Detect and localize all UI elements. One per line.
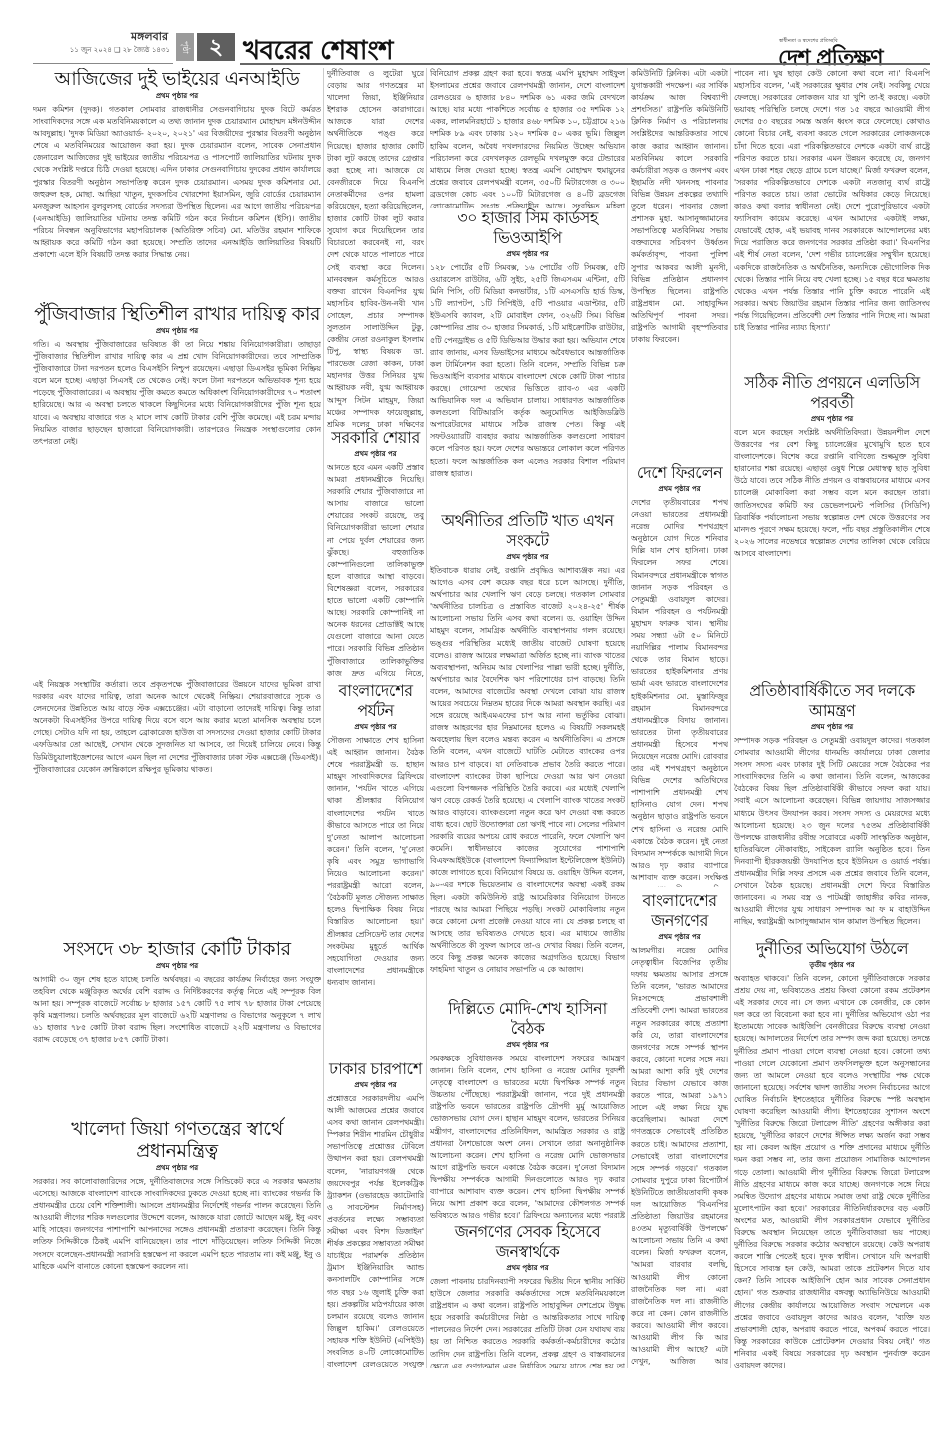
masthead: মঙ্গলবার ১১ জুন ২০২৪ ❑ ২৮ জ্যৈষ্ঠ ১৪৩১ প…	[0, 0, 945, 58]
article-stock-market: পুঁজিবাজার স্থিতিশীল রাখার দায়িত্ব কার …	[33, 303, 321, 934]
article-body: সৌজন্য সাক্ষাতে শেখ হাসিনা এই আহ্বান জান…	[327, 735, 424, 1055]
page-number: ২	[197, 33, 235, 61]
headline: সরকারি শেয়ার	[327, 428, 424, 448]
article-body-continued: এই নিয়ন্ত্রক সংস্থাটির কর্তারা। তবে প্র…	[33, 679, 321, 934]
article-body: ইতিবাচক ধারায় নেই, রপ্তানি প্রবৃদ্ধিও আ…	[430, 565, 625, 995]
column-divider	[730, 68, 731, 1368]
column-e: পাবেন না। ঘুষ ছাড়া কেউ কোনো কথা বলে না।…	[734, 68, 930, 1368]
article-body-community-clinic: কমিউনিটি ক্লিনিক। এটা একটা যুগান্তকারী প…	[631, 68, 728, 463]
column-divider	[323, 68, 324, 1368]
article-body: আলমগীর। নরেন্দ্র মোদির নেতৃত্বাধীন বিজেপ…	[631, 945, 728, 1368]
masthead-date: ১১ জুন ২০২৪ ❑ ২৮ জ্যৈষ্ঠ ১৪৩১	[60, 44, 170, 56]
column-divider	[627, 68, 628, 1368]
article-body: প্রশ্নোত্তরে সরকারদলীয় এমপি আলী আজমের প…	[327, 1093, 424, 1368]
article-govt-shares: সরকারি শেয়ার প্রথম পৃষ্ঠার পর আনতে হবে …	[327, 428, 424, 677]
headline: বাংলাদেশের জনগণের	[631, 891, 728, 931]
column-a: আজিজের দুই ভাইয়ের এনআইডি প্রথম পৃষ্ঠার …	[33, 68, 321, 1368]
article-ldc-graduation: সঠিক নীতি প্রণয়নে এলডিসি পরবর্তী প্রথম …	[734, 373, 930, 677]
headline: দুর্নীতির অভিযোগ উঠলে	[734, 939, 930, 959]
header-rule-left	[33, 63, 173, 64]
continued-label: প্রথম পৃষ্ঠার পর	[33, 90, 321, 102]
continued-label: প্রথম পৃষ্ঠার পর	[430, 551, 625, 563]
article-body: সরকার। সব কালোবাজারিদের সঙ্গে, দুর্নীতিব…	[33, 1176, 321, 1368]
article-public-servant: জনগণের সেবক হিসেবে জনস্বার্থকে প্রথম পৃষ…	[430, 1222, 625, 1368]
headline: পুঁজিবাজার স্থিতিশীল রাখার দায়িত্ব কার	[33, 303, 321, 325]
page-label: পৃষ্ঠা	[176, 33, 194, 61]
article-body-railway: বিনিয়োগ প্রকল্প গ্রহণ করা হবে। স্বতন্ত্…	[430, 68, 625, 208]
article-modi-hasina-meeting: দিল্লিতে মোদি-শেখ হাসিনা বৈঠক প্রথম পৃষ্…	[430, 999, 625, 1218]
article-body: সম্পাদক সড়ক পরিবহন ও সেতুমন্ত্রী ওবায়দ…	[734, 735, 930, 935]
article-voip: ৩০ হাজার সিম কার্ডসহ ভিওআইপি প্রথম পৃষ্ঠ…	[430, 208, 625, 507]
article-azizer-nid: আজিজের দুই ভাইয়ের এনআইডি প্রথম পৃষ্ঠার …	[33, 68, 321, 299]
article-body: জেলা পাবনায় চারদিনব্যাপী সফরের দ্বিতীয়…	[430, 1276, 625, 1368]
continued-label: প্রথম পৃষ্ঠার পর	[327, 1079, 424, 1091]
header-rule-right	[240, 63, 930, 65]
article-founding-anniversary: প্রতিষ্ঠাবার্ষিকীতে সব দলকে আমন্ত্রণ প্র…	[734, 681, 930, 935]
continued-label: প্রথম পৃষ্ঠার পর	[631, 931, 728, 943]
headline: সংসদে ৩৮ হাজার কোটি টাকার	[33, 938, 321, 960]
article-corruption-allegation: দুর্নীতির অভিযোগ উঠলে তৃতীয় পৃষ্ঠার পর …	[734, 939, 930, 1368]
column-d: কমিউনিটি ক্লিনিক। এটা একটা যুগান্তকারী প…	[631, 68, 728, 1368]
headline: সঠিক নীতি প্রণয়নে এলডিসি পরবর্তী	[734, 373, 930, 413]
continued-label: প্রথম পৃষ্ঠার পর	[430, 1039, 625, 1051]
headline: খালেদা জিয়া গণতন্ত্রের স্বার্থে প্রধানম…	[33, 1118, 321, 1162]
headline: দেশে ফিরলেন	[631, 463, 728, 483]
column-c: বিনিয়োগ প্রকল্প গ্রহণ করা হবে। স্বতন্ত্…	[430, 68, 625, 1368]
headline: প্রতিষ্ঠাবার্ষিকীতে সব দলকে আমন্ত্রণ	[734, 681, 930, 721]
article-tourism: বাংলাদেশের পর্যটন প্রথম পৃষ্ঠার পর সৌজন্…	[327, 681, 424, 1055]
article-returned-home: দেশে ফিরলেন প্রথম পৃষ্ঠার পর দেশের তৃতীয…	[631, 463, 728, 887]
continued-label: প্রথম পৃষ্ঠার পর	[33, 960, 321, 972]
article-body: দমন কমিশন (দুদক)। গতকাল সোমবার রাজধানীর …	[33, 104, 321, 299]
article-body: বলে মনে করছেন সংশ্লিষ্ট অর্থনীতিবিদরা। উ…	[734, 427, 930, 677]
column-divider	[426, 68, 427, 1368]
continued-label: প্রথম পৃষ্ঠার পর	[430, 1262, 625, 1274]
headline: বাংলাদেশের পর্যটন	[327, 681, 424, 721]
article-body: গতি। এ অবস্থায় পুঁজিবাজারের ভবিষ্যত কী …	[33, 339, 321, 679]
article-bangladesh-people: বাংলাদেশের জনগণের প্রথম পৃষ্ঠার পর আলমগী…	[631, 891, 728, 1368]
article-body: অব্যাহত থাকবে।' তিনি বলেন, কোনো দুর্নীতি…	[734, 973, 930, 1368]
continued-label: প্রথম পৃষ্ঠার পর	[631, 483, 728, 495]
headline: অর্থনীতির প্রতিটি খাত এখন সংকটে	[430, 511, 625, 551]
continued-label: প্রথম পৃষ্ঠার পর	[33, 325, 321, 337]
article-body: সমকক্ষকে সুবিধাজনক সময়ে বাংলাদেশ সফরের …	[430, 1053, 625, 1218]
continued-label: প্রথম পৃষ্ঠার পর	[734, 721, 930, 733]
headline: দিল্লিতে মোদি-শেখ হাসিনা বৈঠক	[430, 999, 625, 1039]
article-parliament-38k-crore: সংসদে ৩৮ হাজার কোটি টাকার প্রথম পৃষ্ঠার …	[33, 938, 321, 1114]
article-economy-crisis: অর্থনীতির প্রতিটি খাত এখন সংকটে প্রথম পৃ…	[430, 511, 625, 995]
article-body-fakhrul: পাবেন না। ঘুষ ছাড়া কেউ কোনো কথা বলে না।…	[734, 68, 930, 373]
article-body: দেশের তৃতীয়বারের শপথ নেওয়া ভারতের প্রধ…	[631, 497, 728, 887]
headline: জনগণের সেবক হিসেবে জনস্বার্থকে	[430, 1222, 625, 1262]
article-dhaka-surroundings: ঢাকার চারপাশে প্রথম পৃষ্ঠার পর প্রশ্নোত্…	[327, 1059, 424, 1368]
continued-label: প্রথম পৃষ্ঠার পর	[327, 721, 424, 733]
article-body: ১২৮ পোর্টের ৫টি সিমবক্স, ১৬ পোর্টের ৩টি …	[430, 262, 625, 507]
article-body-bnp-continuation: দুর্নীতিবাজ ও লুটেরা ঘুরে বেড়ায় আর গণত…	[327, 68, 424, 428]
continued-label: প্রথম পৃষ্ঠার পর	[430, 248, 625, 260]
continued-label: প্রথম পৃষ্ঠার পর	[33, 1162, 321, 1174]
article-body: আগামী ৩০ জুন শেষ হতে যাচ্ছে চলতি অর্থবছর…	[33, 974, 321, 1114]
headline: আজিজের দুই ভাইয়ের এনআইডি	[33, 68, 321, 90]
continued-label: তৃতীয় পৃষ্ঠার পর	[734, 959, 930, 971]
article-khaleda-zia: খালেদা জিয়া গণতন্ত্রের স্বার্থে প্রধানম…	[33, 1118, 321, 1368]
headline: ৩০ হাজার সিম কার্ডসহ ভিওআইপি	[430, 208, 625, 248]
article-body: আনতে হবে এমন একটি প্রস্তাব আমরা প্রধানমন…	[327, 462, 424, 677]
continued-label: প্রথম পৃষ্ঠার পর	[734, 413, 930, 425]
column-b: দুর্নীতিবাজ ও লুটেরা ঘুরে বেড়ায় আর গণত…	[327, 68, 424, 1368]
continued-label: প্রথম পৃষ্ঠার পর	[327, 448, 424, 460]
headline: ঢাকার চারপাশে	[327, 1059, 424, 1079]
